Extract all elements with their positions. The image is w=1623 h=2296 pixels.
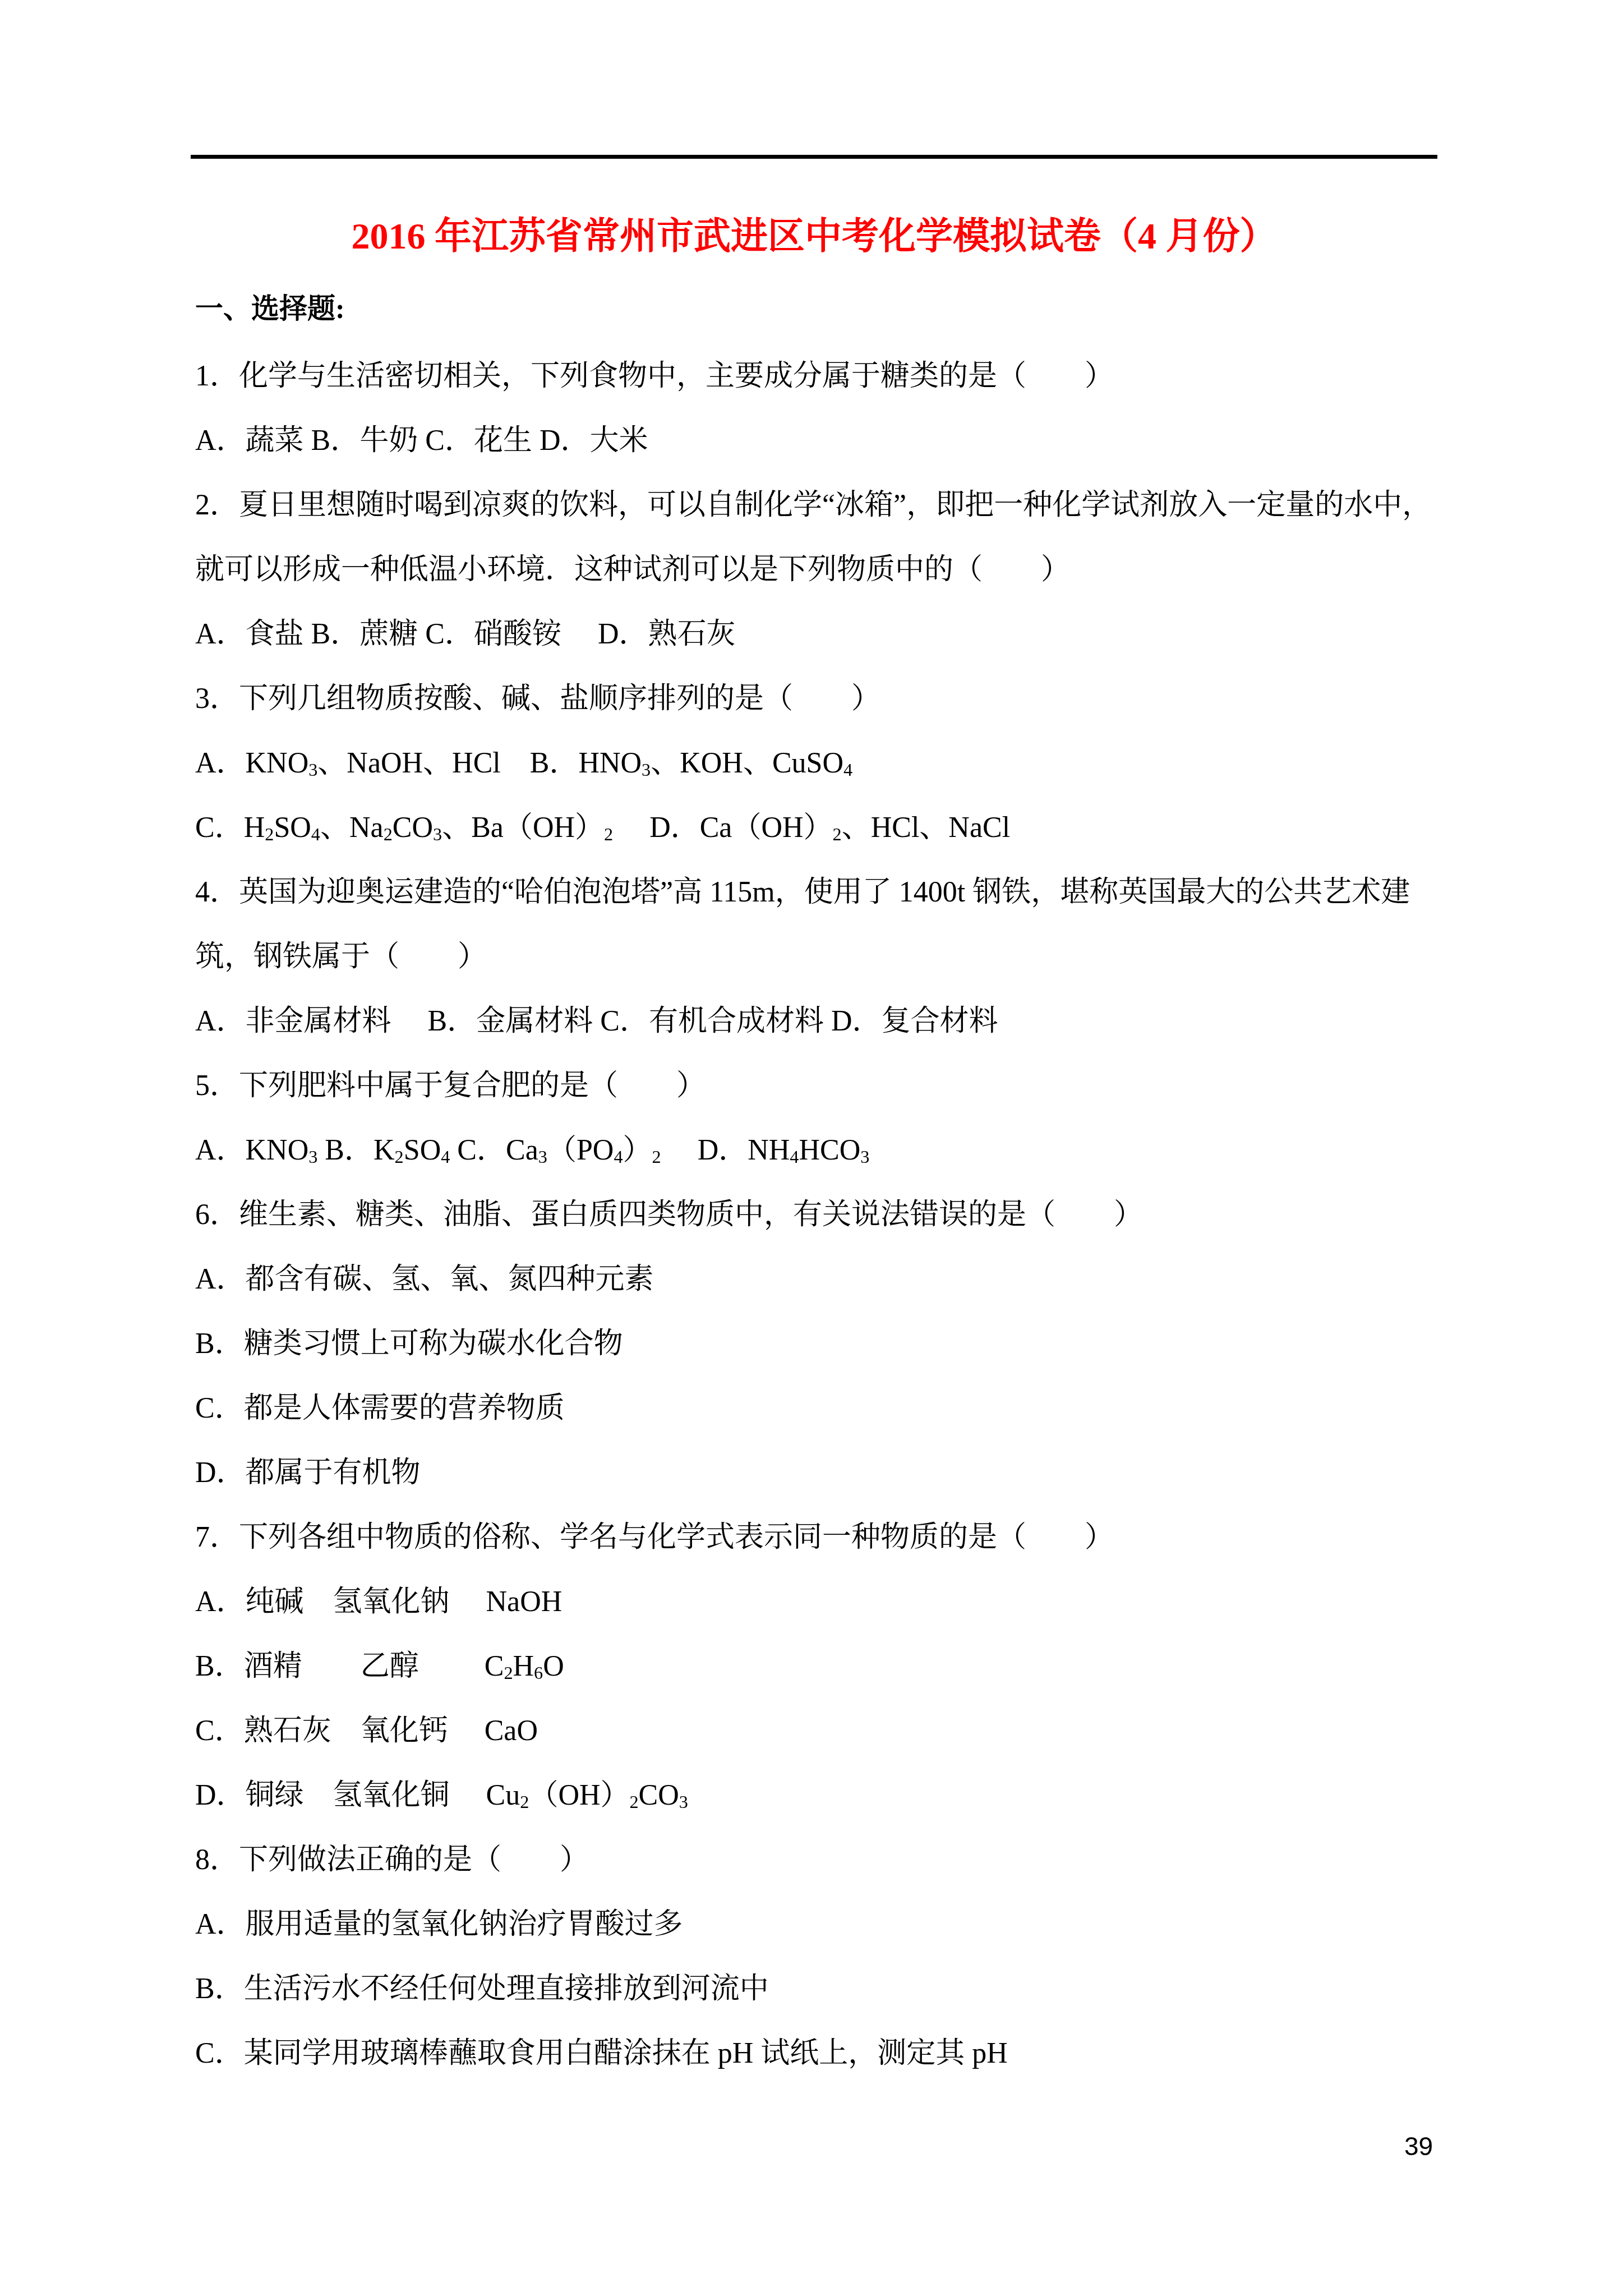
question-8-line-2: A．服用适量的氢氧化钠治疗胃酸过多 [195,1892,1485,1957]
question-7-line-3: B．酒精 乙醇 C2H6O [195,1634,1485,1699]
exam-title: 2016 年江苏省常州市武进区中考化学模拟试卷（4 月份） [191,200,1437,273]
question-7-line-2: A．纯碱 氢氧化钠 NaOH [195,1570,1485,1634]
question-6-line-2: A．都含有碳、氢、氧、氮四种元素 [195,1247,1485,1312]
question-8-line-1: 8．下列做法正确的是（ ） [195,1828,1485,1892]
question-6-line-1: 6．维生素、糖类、油脂、蛋白质四类物质中，有关说法错误的是（ ） [195,1182,1485,1247]
question-7-line-5: D．铜绿 氢氧化铜 Cu2（OH）2CO3 [195,1763,1485,1828]
question-3-line-1: 3．下列几组物质按酸、碱、盐顺序排列的是（ ） [195,666,1485,731]
question-1-line-1: 1．化学与生活密切相关，下列食物中，主要成分属于糖类的是（ ） [195,344,1485,408]
question-3-line-3: C．H2SO4、Na2CO3、Ba（OH）2 D．Ca（OH）2、HCl、NaC… [195,795,1485,860]
question-1-line-2: A．蔬菜 B．牛奶 C．花生 D．大米 [195,408,1485,473]
question-4-line-2: 筑，钢铁属于（ ） [195,924,1485,989]
question-6-line-4: C．都是人体需要的营养物质 [195,1376,1485,1441]
question-4-line-1: 4．英国为迎奥运建造的“哈伯泡泡塔”高 115m，使用了 1400t 钢铁，堪称… [195,860,1485,924]
question-2-line-2: 就可以形成一种低温小环境．这种试剂可以是下列物质中的（ ） [195,537,1485,602]
question-3-line-2: A．KNO3、NaOH、HCl B．HNO3、KOH、CuSO4 [195,731,1485,795]
section-heading: 一、选择题: [195,277,345,341]
question-7-line-1: 7．下列各组中物质的俗称、学名与化学式表示同一种物质的是（ ） [195,1505,1485,1570]
question-8-line-3: B．生活污水不经任何处理直接排放到河流中 [195,1957,1485,2021]
question-2-line-3: A．食盐 B．蔗糖 C．硝酸铵 D．熟石灰 [195,602,1485,666]
question-2-line-1: 2．夏日里想随时喝到凉爽的饮料，可以自制化学“冰箱”，即把一种化学试剂放入一定量… [195,473,1485,537]
question-7-line-4: C．熟石灰 氧化钙 CaO [195,1699,1485,1763]
question-lines: 1．化学与生活密切相关，下列食物中，主要成分属于糖类的是（ ）A．蔬菜 B．牛奶… [195,344,1485,2086]
exam-document-page: 2016 年江苏省常州市武进区中考化学模拟试卷（4 月份） 一、选择题: 1．化… [0,0,1623,2296]
question-4-line-3: A．非金属材料 B．金属材料 C．有机合成材料 D．复合材料 [195,989,1485,1053]
question-6-line-5: D．都属于有机物 [195,1441,1485,1505]
question-5-line-1: 5．下列肥料中属于复合肥的是（ ） [195,1053,1485,1118]
page-number: 39 [1404,2132,1433,2161]
header-rule [191,155,1437,159]
question-8-line-4: C．某同学用玻璃棒蘸取食用白醋涂抹在 pH 试纸上，测定其 pH [195,2021,1485,2086]
question-6-line-3: B．糖类习惯上可称为碳水化合物 [195,1312,1485,1376]
question-5-line-2: A．KNO3 B．K2SO4 C．Ca3（PO4）2 D．NH4HCO3 [195,1118,1485,1182]
